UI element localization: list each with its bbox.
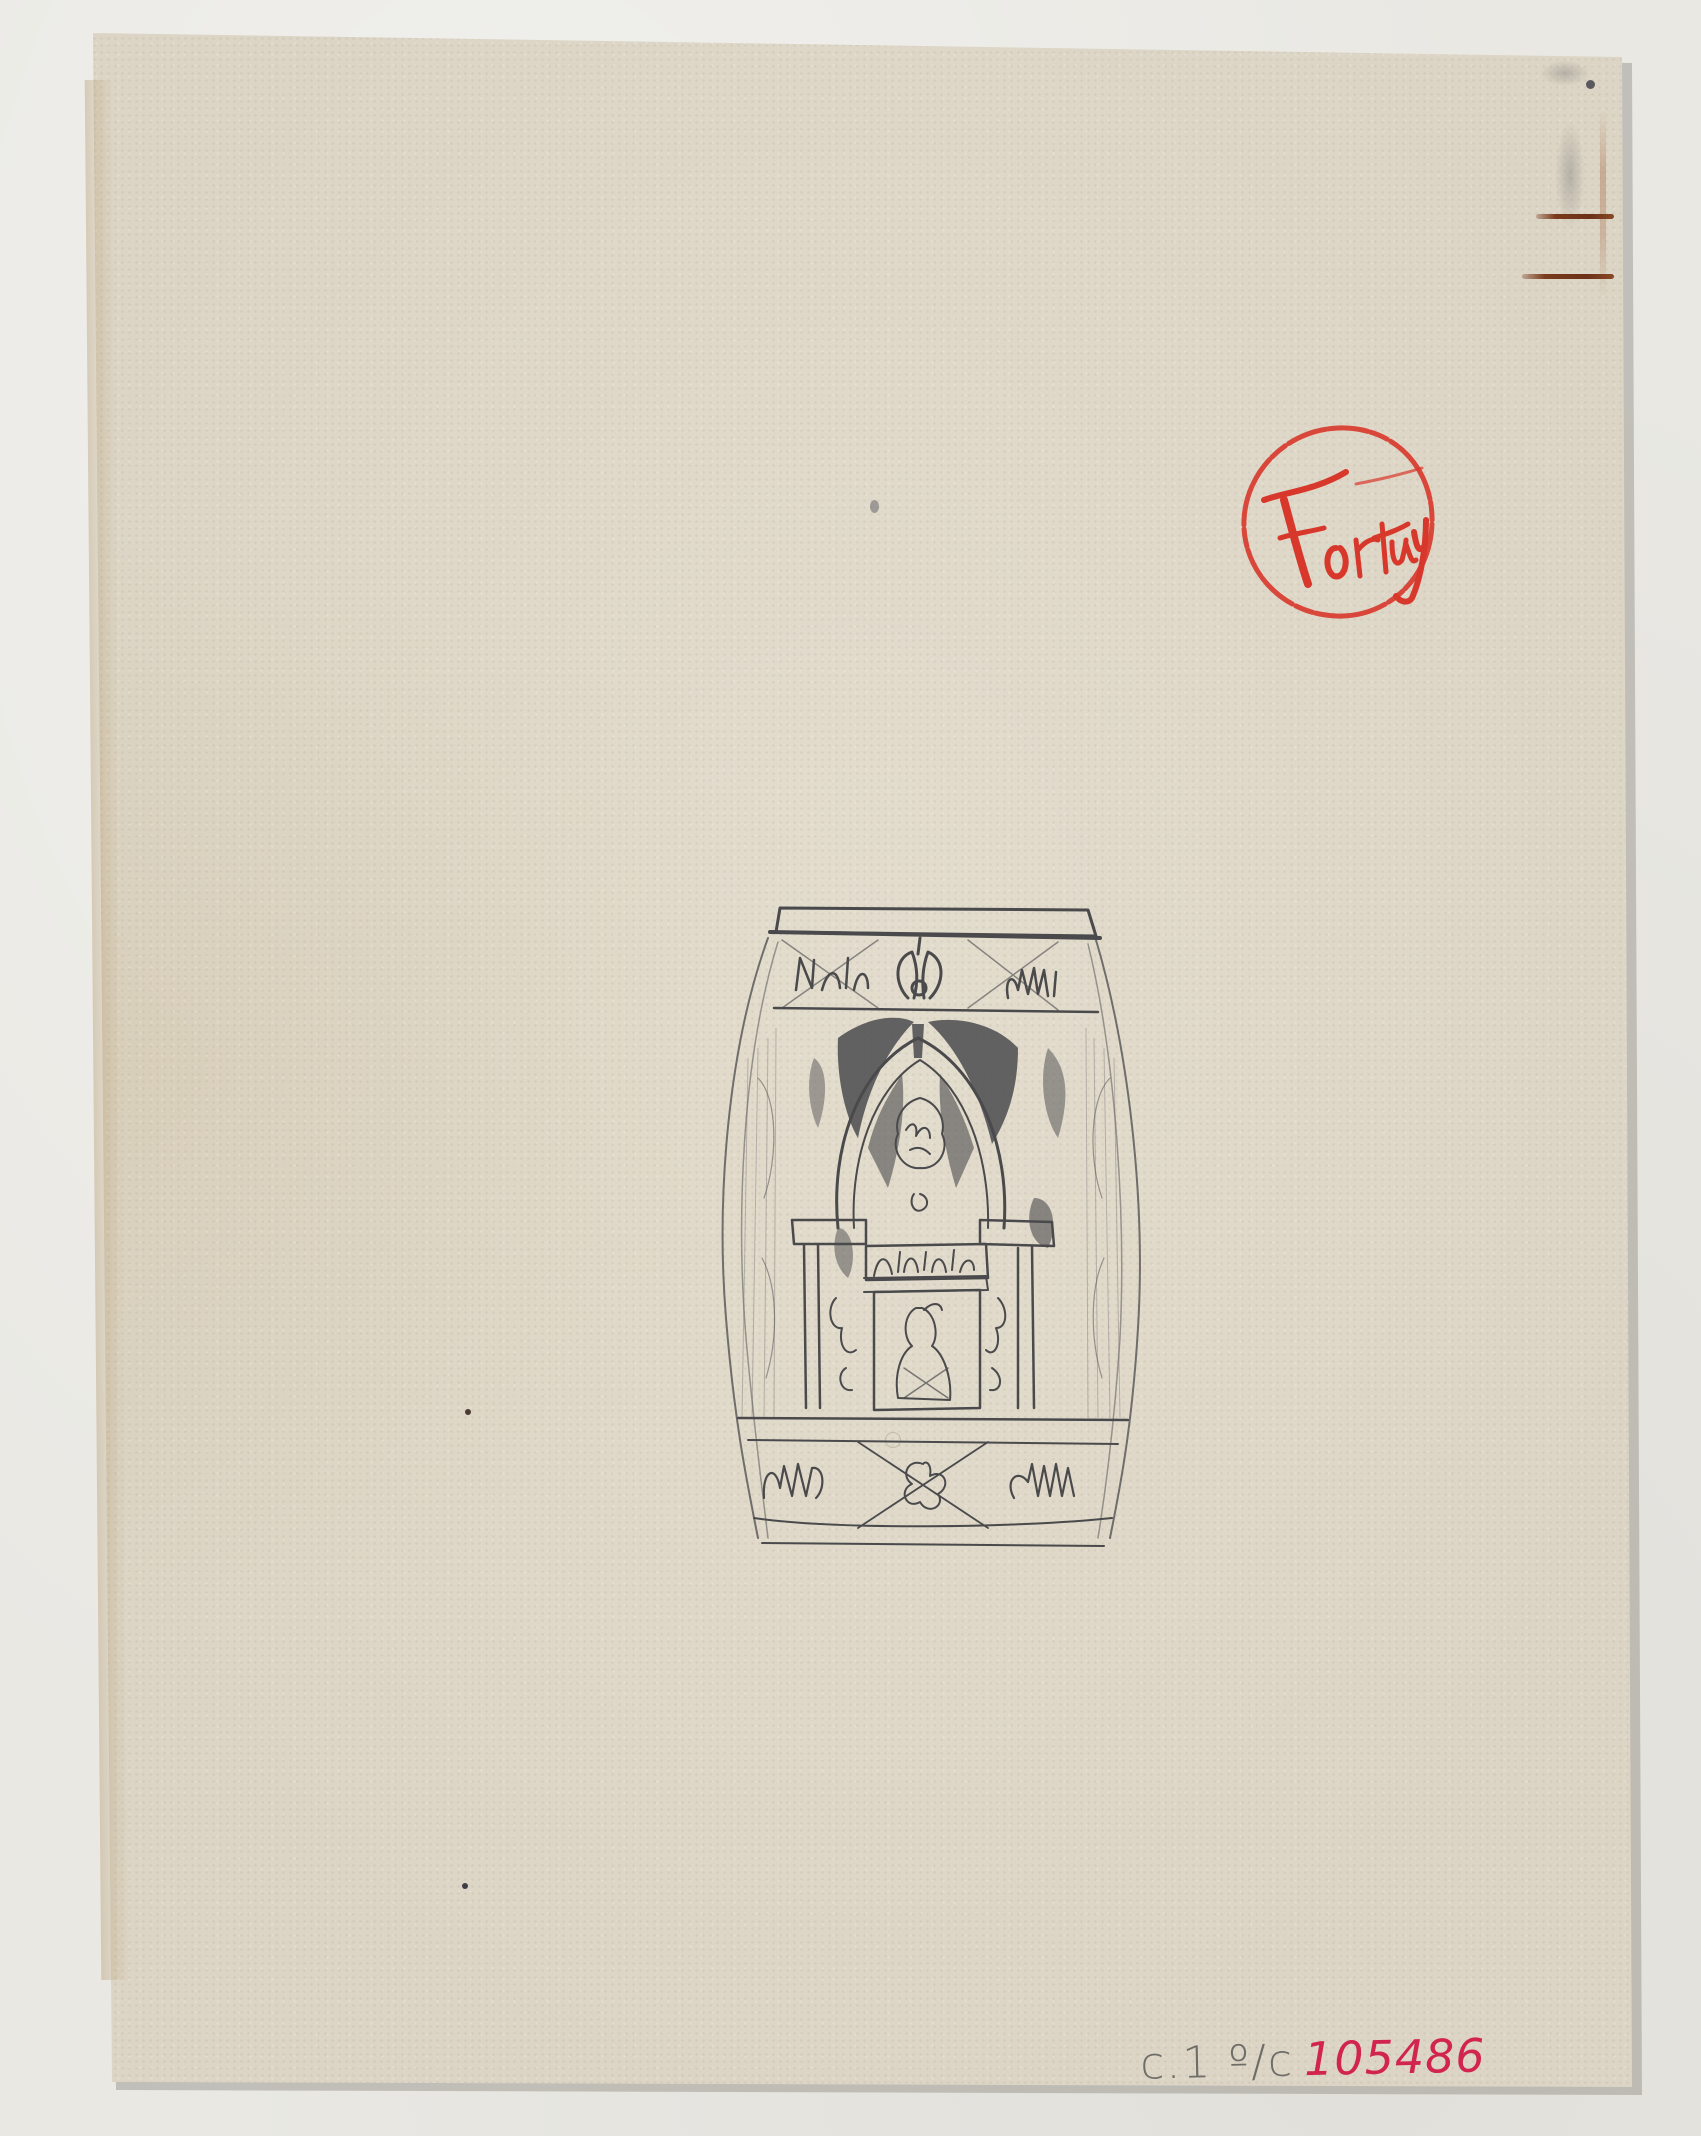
graphite-smudge: [1540, 60, 1590, 86]
rust-mark: [1536, 214, 1614, 219]
base-inscription-right: [1011, 1464, 1074, 1498]
rust-streak: [1600, 110, 1606, 300]
base-inscription-left: [764, 1464, 823, 1498]
fortuny-stamp: [1236, 420, 1440, 624]
dark-speck: [462, 1883, 468, 1889]
barrel-outline-right: [1096, 940, 1140, 1538]
inventory-number: 105486: [1303, 2028, 1486, 2086]
inventory-inscription: c.1 º/c 105486: [1139, 2018, 1486, 2089]
inscription-plaque: [866, 1244, 988, 1280]
central-medallion: [896, 1098, 945, 1168]
rust-mark: [1522, 274, 1614, 279]
dark-speck: [1586, 80, 1595, 89]
grey-speck: [870, 500, 879, 513]
inscription-right: [1007, 968, 1056, 998]
column-right: [1018, 1246, 1034, 1408]
inventory-prefix: c.1 º/c: [1140, 2035, 1295, 2089]
stamp-signature: [1264, 468, 1426, 602]
dark-speck: [465, 1409, 471, 1415]
inscription-left: [796, 958, 868, 990]
capital-sketch: [718, 898, 1148, 1563]
seated-figure: [897, 1308, 951, 1400]
column-left: [804, 1244, 820, 1408]
palmette: [898, 938, 941, 998]
